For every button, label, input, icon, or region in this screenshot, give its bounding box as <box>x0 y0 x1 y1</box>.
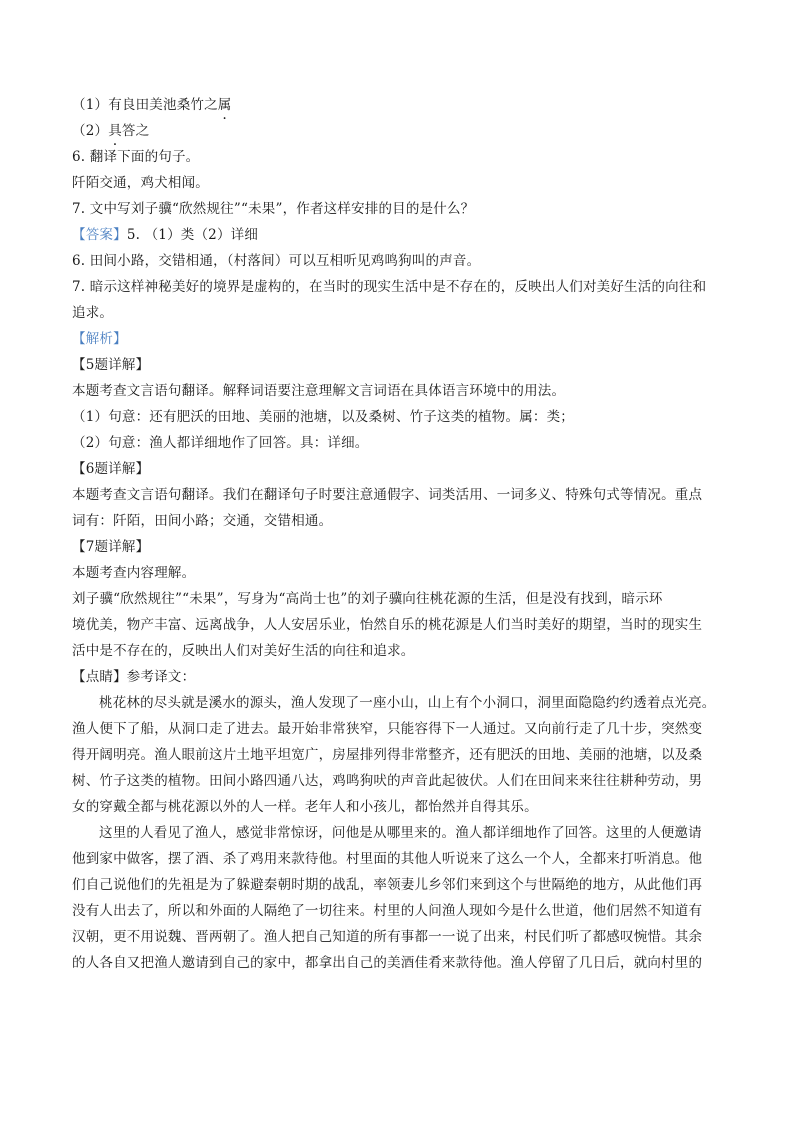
question-5-item-1: （1）有良田美池桑竹之属 <box>72 92 732 118</box>
detail-5-line: （2）句意：渔人都详细地作了回答。具：详细。 <box>72 430 732 456</box>
translation-line: 他到家中做客，摆了酒、杀了鸡用来款待他。村里面的其他人听说来了这么一个人，全都来… <box>72 846 732 872</box>
translation-line: 汉朝，更不用说魏、晋两朝了。渔人把自己知道的所有事都一一说了出来，村民们听了都感… <box>72 924 732 950</box>
translation-line: 桃花林的尽头就是溪水的源头，渔人发现了一座小山，山上有个小洞口，洞里面隐隐约约透… <box>72 690 732 716</box>
answer-5: 【答案】5. （1）类（2）详细 <box>72 222 732 248</box>
translation-line: 们自己说他们的先祖是为了躲避秦朝时期的战乱，率领妻儿乡邻们来到这个与世隔绝的地方… <box>72 872 732 898</box>
question-7-title: 7. 文中写刘子骥“欣然规往”“未果”，作者这样安排的目的是什么？ <box>72 196 732 222</box>
translation-line: 这里的人看见了渔人，感觉非常惊讶，问他是从哪里来的。渔人都详细地作了回答。这里的… <box>72 820 732 846</box>
answer-7-line-1: 7. 暗示这样神秘美好的境界是虚构的，在当时的现实生活中是不存在的，反映出人们对… <box>72 274 732 300</box>
text: 5. （1）类（2）详细 <box>127 227 258 243</box>
detail-7-line: 本题考查内容理解。 <box>72 560 732 586</box>
emphasis-dot-char: 属 <box>218 97 232 113</box>
translation-line: 没有人出去了，所以和外面的人隔绝了一切往来。村里的人问渔人现如今是什么世道，他们… <box>72 898 732 924</box>
translation-line: 渔人便下了船，从洞口走了进去。最开始非常狭窄，只能容得下一人通过。又向前行走了几… <box>72 716 732 742</box>
text: （2） <box>72 123 108 139</box>
translation-line: 树、竹子这类的植物。田间小路四通八达，鸡鸣狗吠的声音此起彼伏。人们在田间来来往往… <box>72 768 732 794</box>
detail-5-title: 【5题详解】 <box>72 352 732 378</box>
detail-7-line: 境优美，物产丰富、远离战争，人人安居乐业，怡然自乐的桃花源是人们当时美好的期望，… <box>72 612 732 638</box>
detail-5-line: 本题考查文言语句翻译。解释词语要注意理解文言词语在具体语言环境中的用法。 <box>72 378 732 404</box>
question-6-sentence: 阡陌交通，鸡犬相闻。 <box>72 170 732 196</box>
detail-6-title: 【6题详解】 <box>72 456 732 482</box>
detail-7-line: 刘子骥“欣然规往”“未果”，写身为“高尚士也”的刘子骥向往桃花源的生活，但是没有… <box>72 586 732 612</box>
text: （1）有良田美池桑竹之 <box>72 97 218 113</box>
question-6-title: 6. 翻译下面的句子。 <box>72 144 732 170</box>
detail-6-line: 本题考查文言语句翻译。我们在翻译句子时要注意通假字、词类活用、一词多义、特殊句式… <box>72 482 732 508</box>
answer-6: 6. 田间小路，交错相通，（村落间）可以互相听见鸡鸣狗叫的声音。 <box>72 248 732 274</box>
translation-line: 的人各自又把渔人邀请到自己的家中，都拿出自己的美酒佳肴来款待他。渔人停留了几日后… <box>72 950 732 976</box>
detail-5-line: （1）句意：还有肥沃的田地、美丽的池塘，以及桑树、竹子这类的植物。属：类； <box>72 404 732 430</box>
document-page: （1）有良田美池桑竹之属 （2）具答之 6. 翻译下面的句子。 阡陌交通，鸡犬相… <box>72 92 732 976</box>
translation-line: 女的穿戴全都与桃花源以外的人一样。老年人和小孩儿，都怡然并自得其乐。 <box>72 794 732 820</box>
translation-line: 得开阔明亮。渔人眼前这片土地平坦宽广，房屋排列得非常整齐，还有肥沃的田地、美丽的… <box>72 742 732 768</box>
emphasis-dot-char: 具 <box>108 123 122 139</box>
answer-label: 【答案】 <box>72 227 127 243</box>
question-5-item-2: （2）具答之 <box>72 118 732 144</box>
detail-6-line: 词有：阡陌，田间小路；交通，交错相通。 <box>72 508 732 534</box>
commentary-label: 【点睛】参考译文： <box>72 664 732 690</box>
answer-7-line-2: 追求。 <box>72 300 732 326</box>
text: 答之 <box>122 123 149 139</box>
detail-7-title: 【7题详解】 <box>72 534 732 560</box>
analysis-label: 【解析】 <box>72 326 732 352</box>
detail-7-line: 活中是不存在的，反映出人们对美好生活的向往和追求。 <box>72 638 732 664</box>
